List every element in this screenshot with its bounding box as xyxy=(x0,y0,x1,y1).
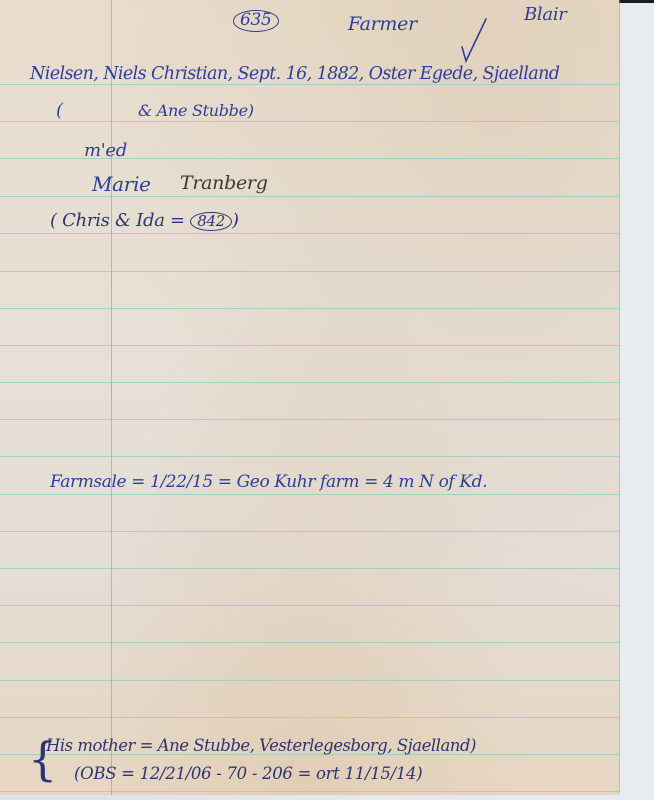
footer-obs-line: (OBS = 12/21/06 - 70 - 206 = ort 11/15/1… xyxy=(74,764,422,783)
ruled-line xyxy=(0,419,619,420)
ruled-line xyxy=(0,121,619,122)
ruled-paper-sheet: 635 Farmer Blair Nielsen, Niels Christia… xyxy=(0,0,619,795)
ruled-line xyxy=(0,642,619,643)
ruled-line xyxy=(0,680,619,681)
children-ref: 842 xyxy=(190,212,232,231)
ruled-line xyxy=(0,531,619,532)
footer-mother-line: His mother = Ane Stubbe, Vesterlegesborg… xyxy=(46,736,476,755)
ruled-line xyxy=(0,382,619,383)
ruled-line xyxy=(0,84,619,85)
children-prefix: ( Chris & Ida = xyxy=(50,210,185,231)
ruled-line xyxy=(0,791,619,792)
ruled-line xyxy=(0,717,619,718)
ruled-line xyxy=(0,196,619,197)
checkmark-icon xyxy=(458,15,488,63)
spouse-first-name: Marie xyxy=(92,172,151,196)
ruled-line xyxy=(0,271,619,272)
ruled-line xyxy=(0,605,619,606)
ruled-line xyxy=(0,568,619,569)
children-close-paren: ) xyxy=(232,210,239,231)
ruled-line xyxy=(0,233,619,234)
ruled-line xyxy=(0,308,619,309)
ruled-line xyxy=(0,345,619,346)
occupation: Farmer xyxy=(348,13,417,35)
farm-sale-line: Farmsale = 1/22/15 = Geo Kuhr farm = 4 m… xyxy=(50,472,487,492)
entry-line-1: Nielsen, Niels Christian, Sept. 16, 1882… xyxy=(30,64,559,84)
ruled-line xyxy=(0,494,619,495)
record-number: 635 xyxy=(233,10,279,32)
married-label: m'ed xyxy=(84,140,127,161)
entry-open-paren: ( xyxy=(56,100,63,121)
county-label: Blair xyxy=(524,4,567,25)
children-line: ( Chris & Ida = 842) xyxy=(50,210,239,231)
spouse-last-name: Tranberg xyxy=(180,172,268,194)
scan-edge-strip xyxy=(618,0,654,3)
margin-line xyxy=(111,0,112,795)
entry-parents: & Ane Stubbe) xyxy=(138,101,254,120)
record-number-text: 635 xyxy=(233,10,279,32)
ruled-line xyxy=(0,456,619,457)
